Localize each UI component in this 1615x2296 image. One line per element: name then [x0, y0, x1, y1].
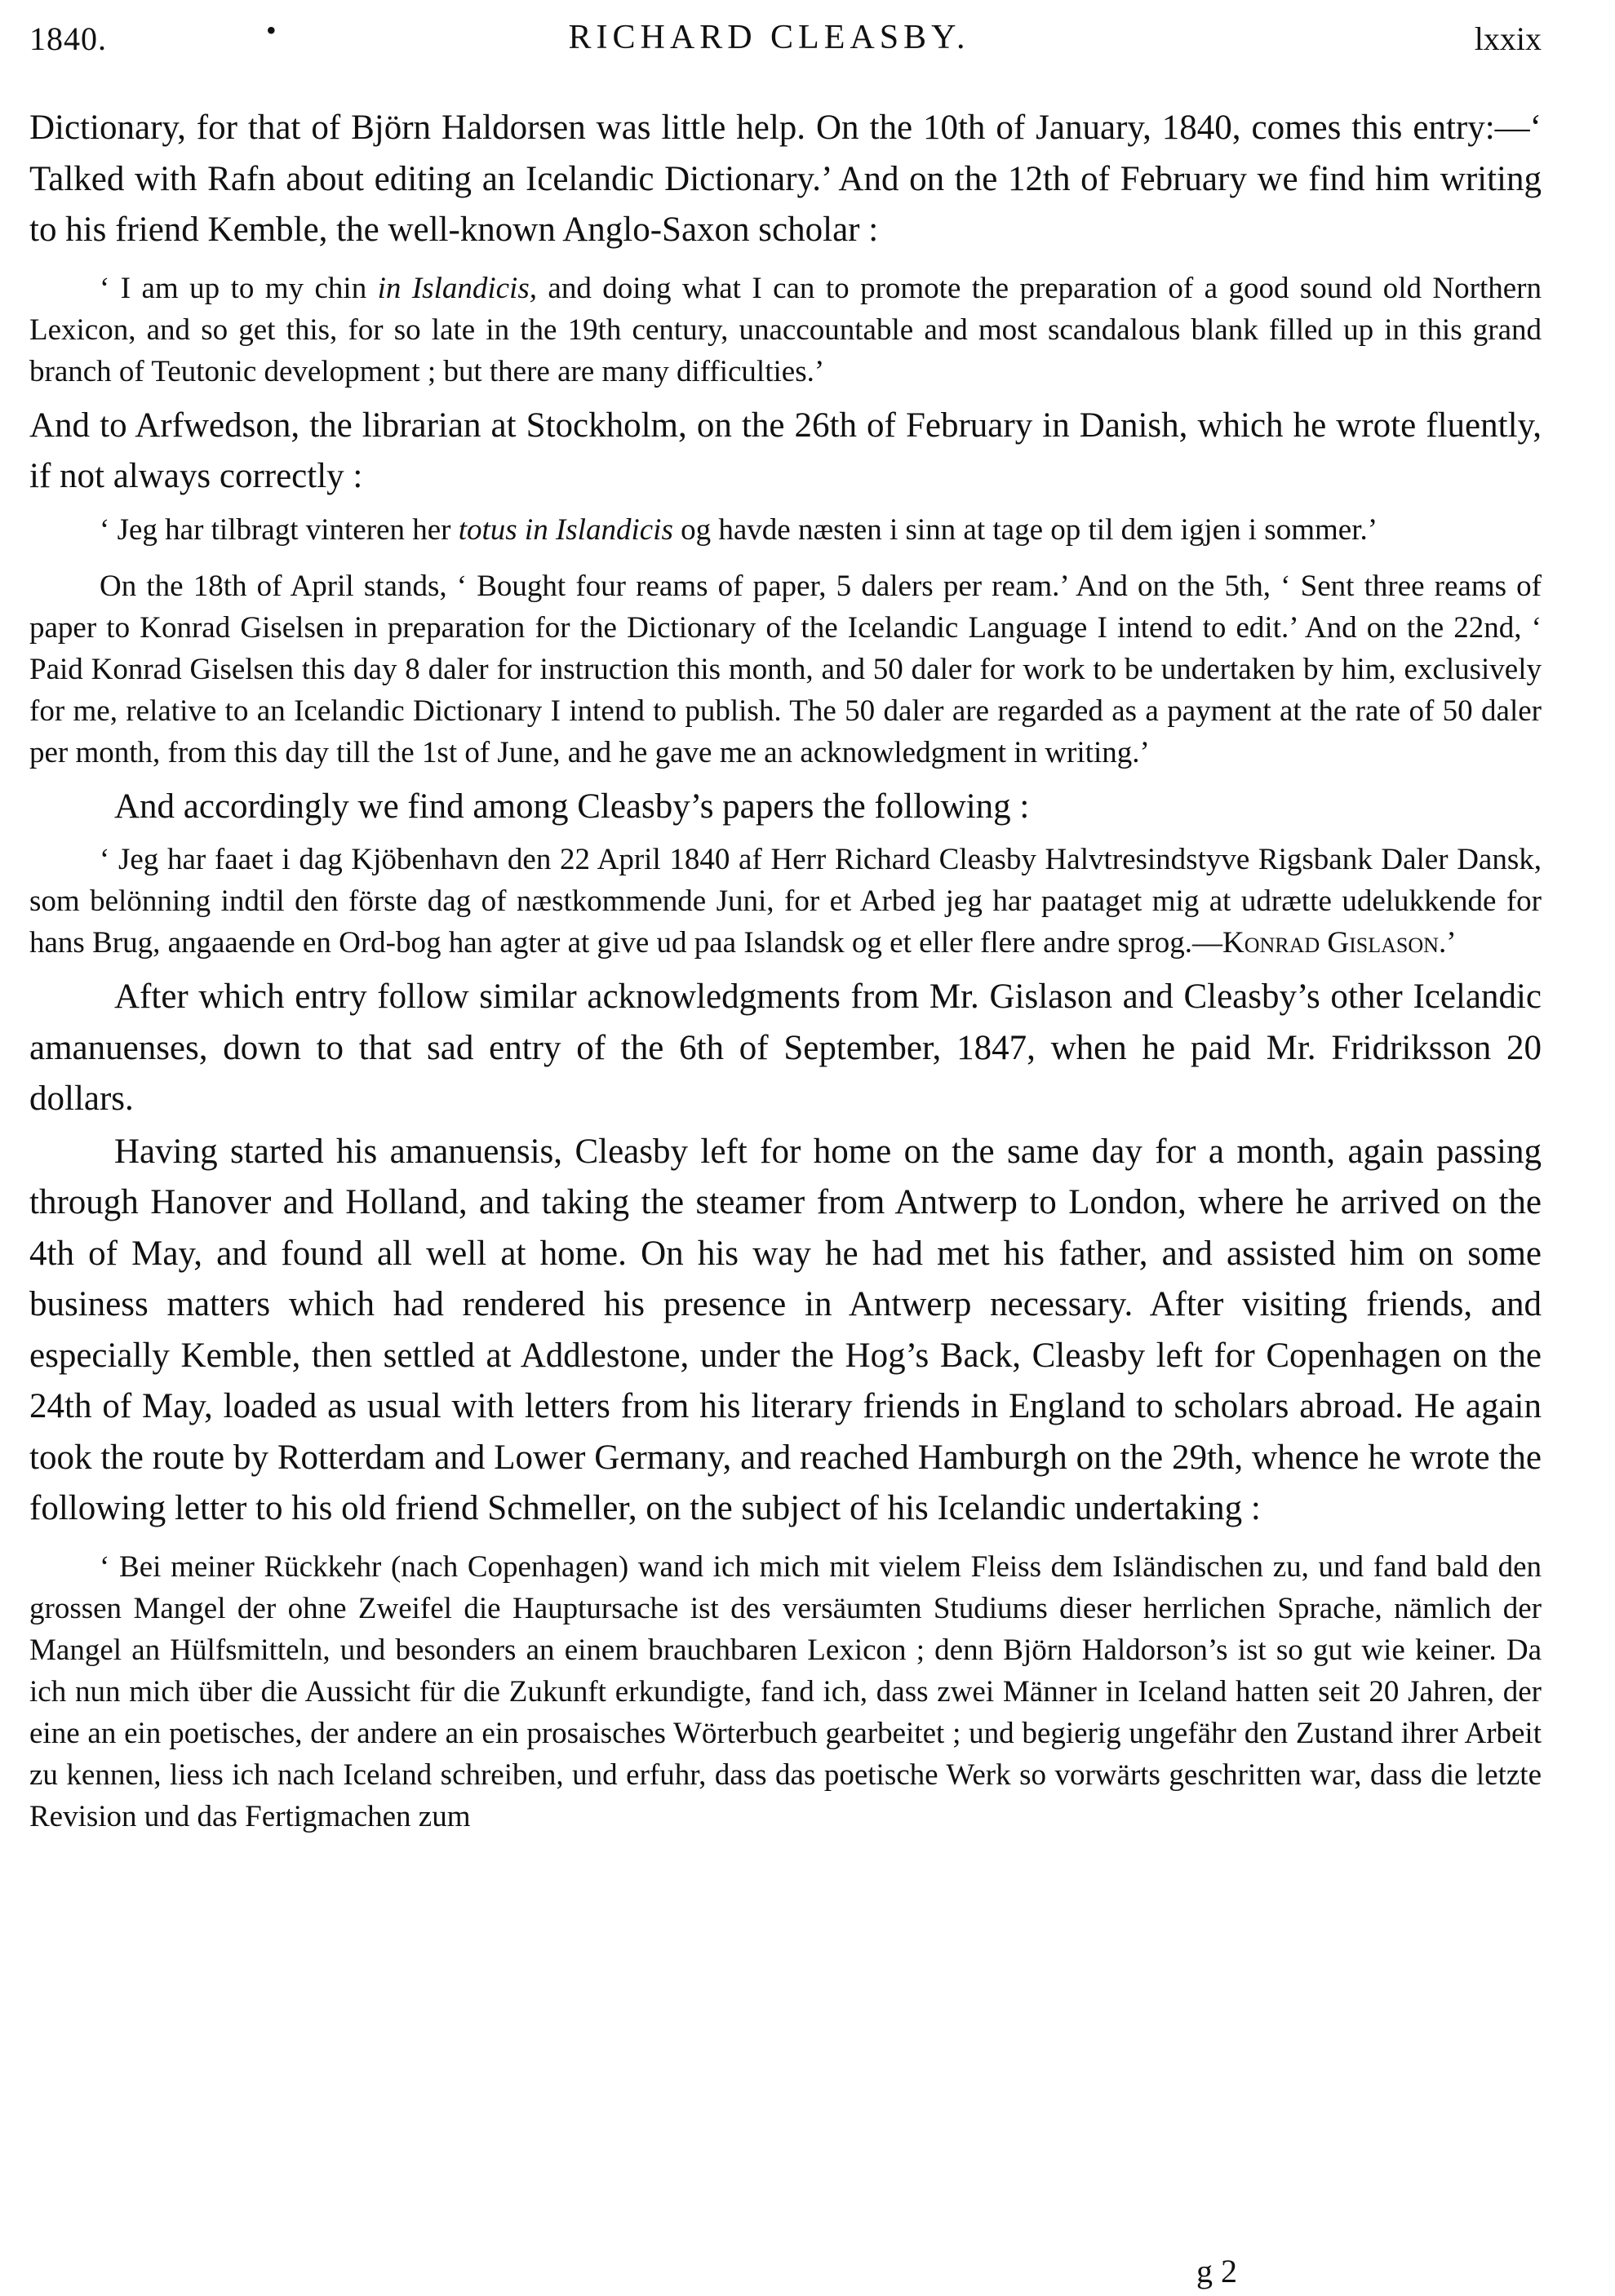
quote-text: og havde næsten i sinn at tage op til de… [673, 513, 1378, 547]
diary-entries-paragraph: On the 18th of April stands, ‘ Bought fo… [29, 565, 1542, 773]
quote-arfwedson-letter: ‘ Jeg har tilbragt vinteren her totus in… [29, 509, 1542, 551]
paragraph-1: Dictionary, for that of Björn Haldorsen … [29, 103, 1542, 256]
paragraph-2: And to Arfwedson, the librarian at Stock… [29, 401, 1542, 503]
quote-text: ‘ I am up to my chin [100, 272, 378, 305]
signature-name: Konrad Gislason [1222, 926, 1439, 960]
paragraph-4: After which entry follow similar acknowl… [29, 972, 1542, 1125]
quote-kemble-letter: ‘ I am up to my chin in Islandicis, and … [29, 268, 1542, 392]
quote-gislason-receipt: ‘ Jeg har faaet i dag Kjöbenhavn den 22 … [29, 839, 1542, 964]
page-number: lxxix [1475, 20, 1542, 58]
quote-schmeller-letter: ‘ Bei meiner Rückkehr (nach Copenhagen) … [29, 1546, 1542, 1837]
quote-text: .’ [1439, 926, 1457, 960]
printer-signature-mark: g 2 [1196, 2252, 1237, 2290]
paragraph-5: Having started his amanuensis, Cleasby l… [29, 1127, 1542, 1535]
running-head: 1840. • RICHARD CLEASBY. lxxix [29, 0, 1542, 82]
quote-italic: in Islandicis, [378, 272, 537, 305]
running-head-title: RICHARD CLEASBY. [29, 18, 1542, 57]
paragraph-3: And accordingly we find among Cleasby’s … [29, 782, 1542, 833]
book-page: 1840. • RICHARD CLEASBY. lxxix Dictionar… [29, 0, 1542, 1837]
quote-text: ‘ Jeg har tilbragt vinteren her [100, 513, 459, 547]
quote-italic: totus in Islandicis [459, 513, 673, 547]
